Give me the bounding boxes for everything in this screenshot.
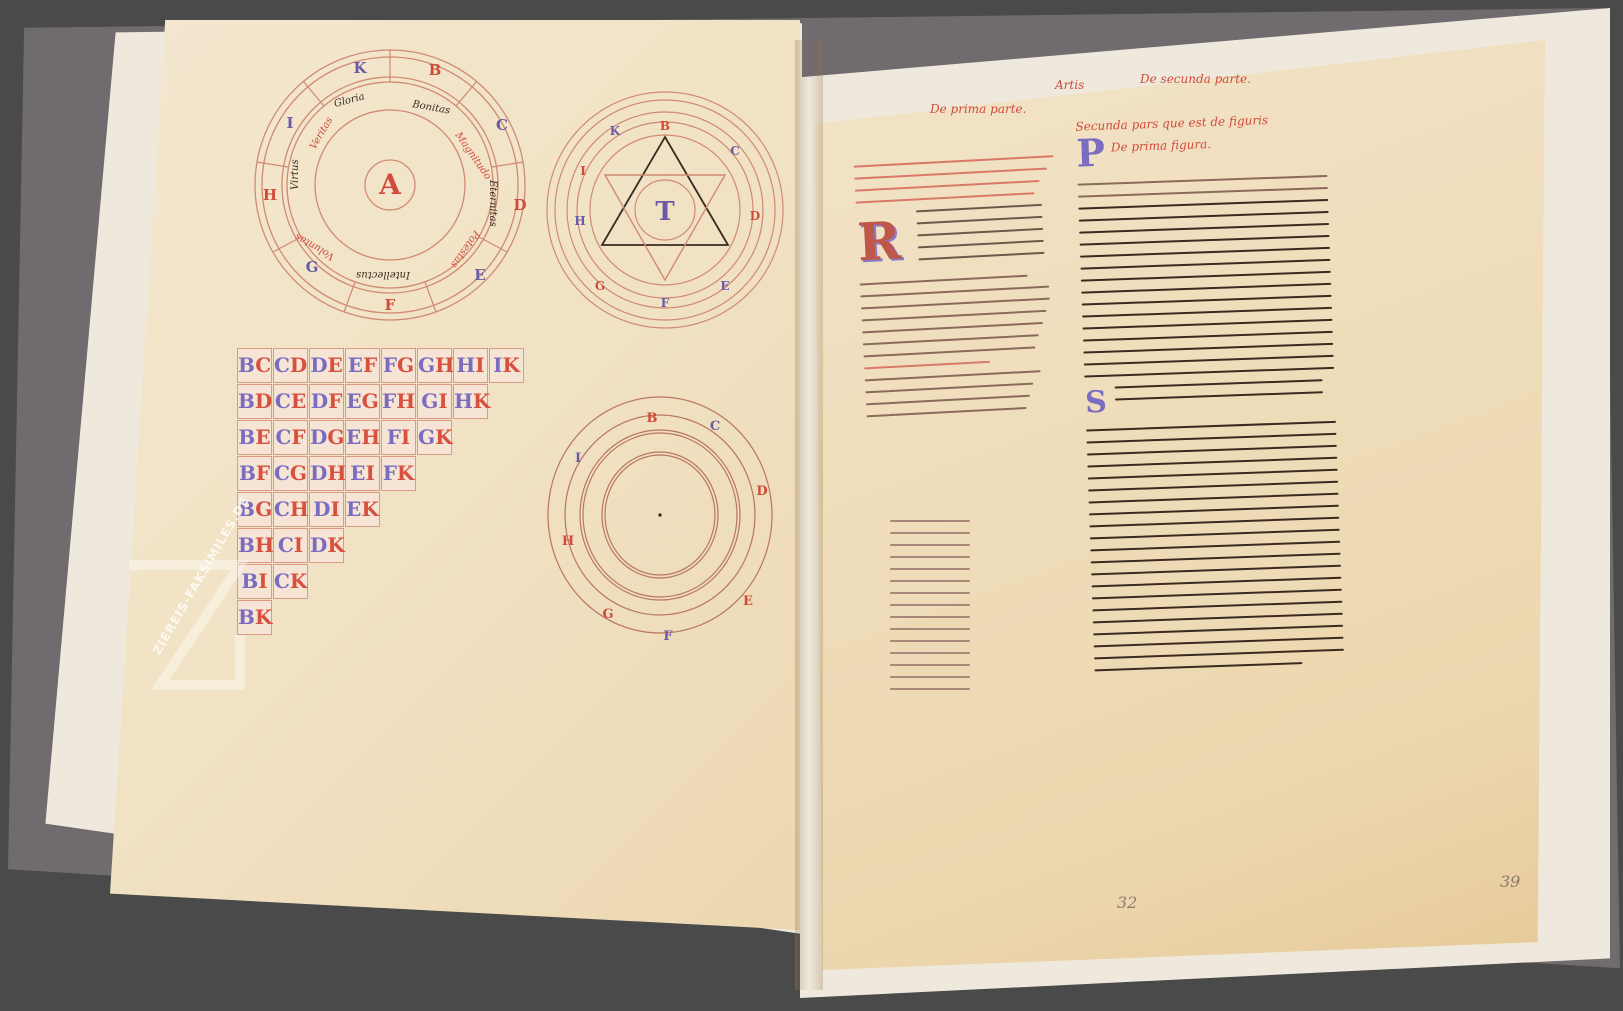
svg-text:I: I [580,164,586,178]
svg-text:G: G [306,258,319,276]
grid-cell: HI [453,348,488,383]
circle-figure-t: T BC DE FG HI K [545,85,785,335]
running-head-left: De prima parte. [930,102,1026,116]
grid-cell: FH [381,384,416,419]
text-column-right: Secunda pars que est de figuris P De pri… [1075,111,1354,682]
grid-cell: CE [273,384,308,419]
svg-text:F: F [385,296,396,314]
svg-text:D: D [756,484,767,499]
grid-cell: DE [309,348,344,383]
grid-cell: DF [309,384,344,419]
folio-number-corner: 39 [1500,872,1520,891]
grid-cell: FG [381,348,416,383]
svg-text:B: B [647,411,658,426]
grid-cell: GI [417,384,452,419]
svg-text:D: D [513,196,526,214]
book-gutter [795,40,823,990]
svg-text:T: T [655,197,675,227]
grid-cell: EG [345,384,380,419]
illuminated-initial-p: P [1076,133,1106,174]
svg-text:F: F [661,296,670,310]
grid-cell: DH [309,456,344,491]
svg-text:Gloria: Gloria [333,91,366,110]
grid-cell: BF [237,456,272,491]
grid-cell: GH [417,348,452,383]
running-head-center: Artis [1055,78,1084,92]
grid-cell: EI [345,456,380,491]
illuminated-initial-r: R [856,215,902,269]
grid-cell: CI [273,528,308,563]
grid-cell: CD [273,348,308,383]
grid-cell: EH [345,420,380,455]
grid-cell: BC [237,348,272,383]
svg-text:G: G [595,279,605,293]
folio-number-bottom: 32 [1117,893,1137,912]
svg-text:F: F [663,629,673,640]
svg-text:K: K [610,124,621,138]
svg-text:H: H [263,186,277,204]
subheading: De prima figura. [1076,133,1336,156]
grid-cell: BD [237,384,272,419]
svg-text:B: B [429,61,442,79]
svg-text:I: I [575,451,581,466]
grid-cell: CK [273,564,308,599]
grid-cell: FI [381,420,416,455]
svg-text:E: E [474,266,485,284]
grid-cell: HK [453,384,488,419]
grid-cell: DK [309,528,344,563]
svg-text:H: H [574,214,585,228]
grid-cell: EK [345,492,380,527]
svg-text:C: C [710,419,720,434]
zierreis-logo-icon [110,535,260,715]
running-head-right: De secunda parte. [1140,72,1251,86]
svg-text:C: C [496,116,508,134]
svg-text:Veritas: Veritas [308,115,335,151]
svg-text:Virtus: Virtus [290,159,301,190]
svg-text:D: D [750,209,760,223]
grid-cell: CH [273,492,308,527]
svg-text:Bonitas: Bonitas [410,99,450,117]
svg-text:G: G [602,607,613,622]
grid-cell: CG [273,456,308,491]
svg-text:I: I [286,114,293,132]
svg-text:A: A [378,168,402,201]
svg-text:Intellectus: Intellectus [356,269,411,280]
svg-text:H: H [562,534,574,549]
svg-text:C: C [730,144,740,158]
svg-text:E: E [743,594,753,609]
grid-cell: CF [273,420,308,455]
grid-cell: FK [381,456,416,491]
grid-cell: EF [345,348,380,383]
svg-text:E: E [720,279,729,293]
svg-text:B: B [660,119,670,133]
circle-figure-third: BC DE FG HI [540,390,780,640]
grid-cell: DI [309,492,344,527]
illuminated-initial-s: S [1085,387,1108,420]
text-column-left: R [853,145,1077,428]
text-column-left-lower [860,510,1060,700]
circle-figure-a: A KB CD EF GH I Bonitas Gloria Magnitudo… [240,40,540,330]
grid-cell: DG [309,420,344,455]
grid-cell: BE [237,420,272,455]
svg-text:Eternitas: Eternitas [487,179,498,227]
grid-cell: GK [417,420,452,455]
grid-cell: IK [489,348,524,383]
svg-text:K: K [353,59,367,77]
